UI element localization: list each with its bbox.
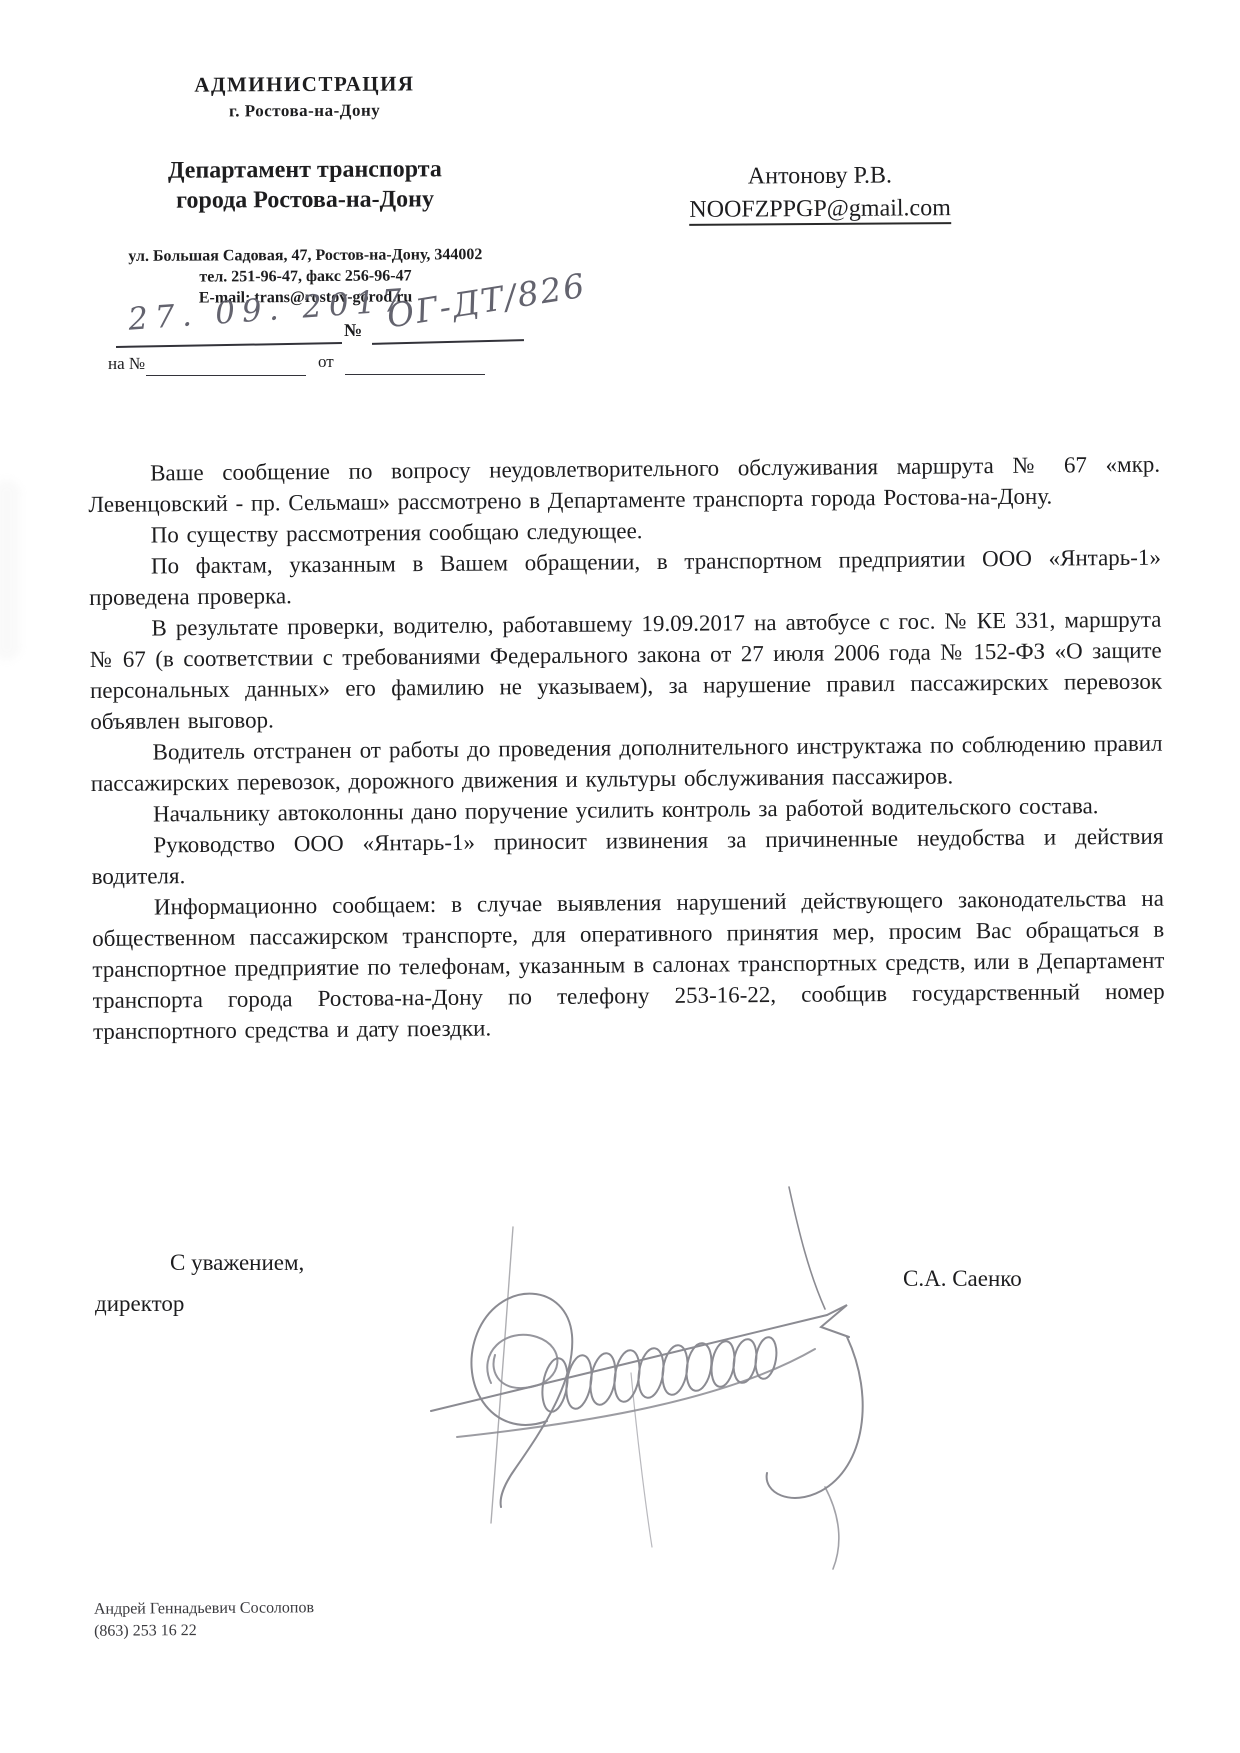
executor-name: Андрей Геннадьевич Сосолопов — [94, 1597, 314, 1621]
executor-phone: (863) 253 16 22 — [94, 1619, 314, 1643]
handwritten-outgoing-number: ОГ-ДТ/826 — [384, 266, 589, 336]
paragraph: Руководство ООО «Янтарь-1» приносит изви… — [91, 821, 1164, 892]
paragraph: Водитель отстранен от работы до проведен… — [90, 728, 1163, 799]
signature-closing: С уважением, — [170, 1250, 304, 1276]
handwritten-date: 27. 09. 2017 — [127, 282, 410, 338]
signer-position: директор — [95, 1291, 184, 1317]
reply-number-underline — [146, 375, 306, 376]
reply-to-number-label: на № — [108, 354, 145, 374]
paragraph: Информационно сообщаем: в случае выявлен… — [92, 883, 1165, 1047]
reply-date-underline — [345, 374, 485, 375]
scan-smudge — [0, 480, 20, 660]
paragraph: По фактам, указанным в Вашем обращении, … — [89, 542, 1162, 613]
scanned-letter-page: АДМИНИСТРАЦИЯ г. Ростова-на-Дону Департа… — [0, 0, 1240, 1753]
paragraph: Ваше сообщение по вопросу неудовлетворит… — [88, 449, 1161, 520]
reply-from-label: от — [318, 352, 334, 372]
executor-block: Андрей Геннадьевич Сосолопов (863) 253 1… — [94, 1597, 314, 1643]
date-underline — [116, 342, 342, 348]
reference-block: 27. 09. 2017 № ОГ-ДТ/826 на № от — [0, 0, 1240, 420]
letter-body: Ваше сообщение по вопросу неудовлетворит… — [88, 449, 1165, 1047]
handwritten-signature — [395, 1185, 935, 1580]
number-underline — [372, 339, 524, 345]
number-sign-label: № — [344, 320, 362, 341]
paragraph: В результате проверки, водителю, работав… — [89, 604, 1162, 737]
